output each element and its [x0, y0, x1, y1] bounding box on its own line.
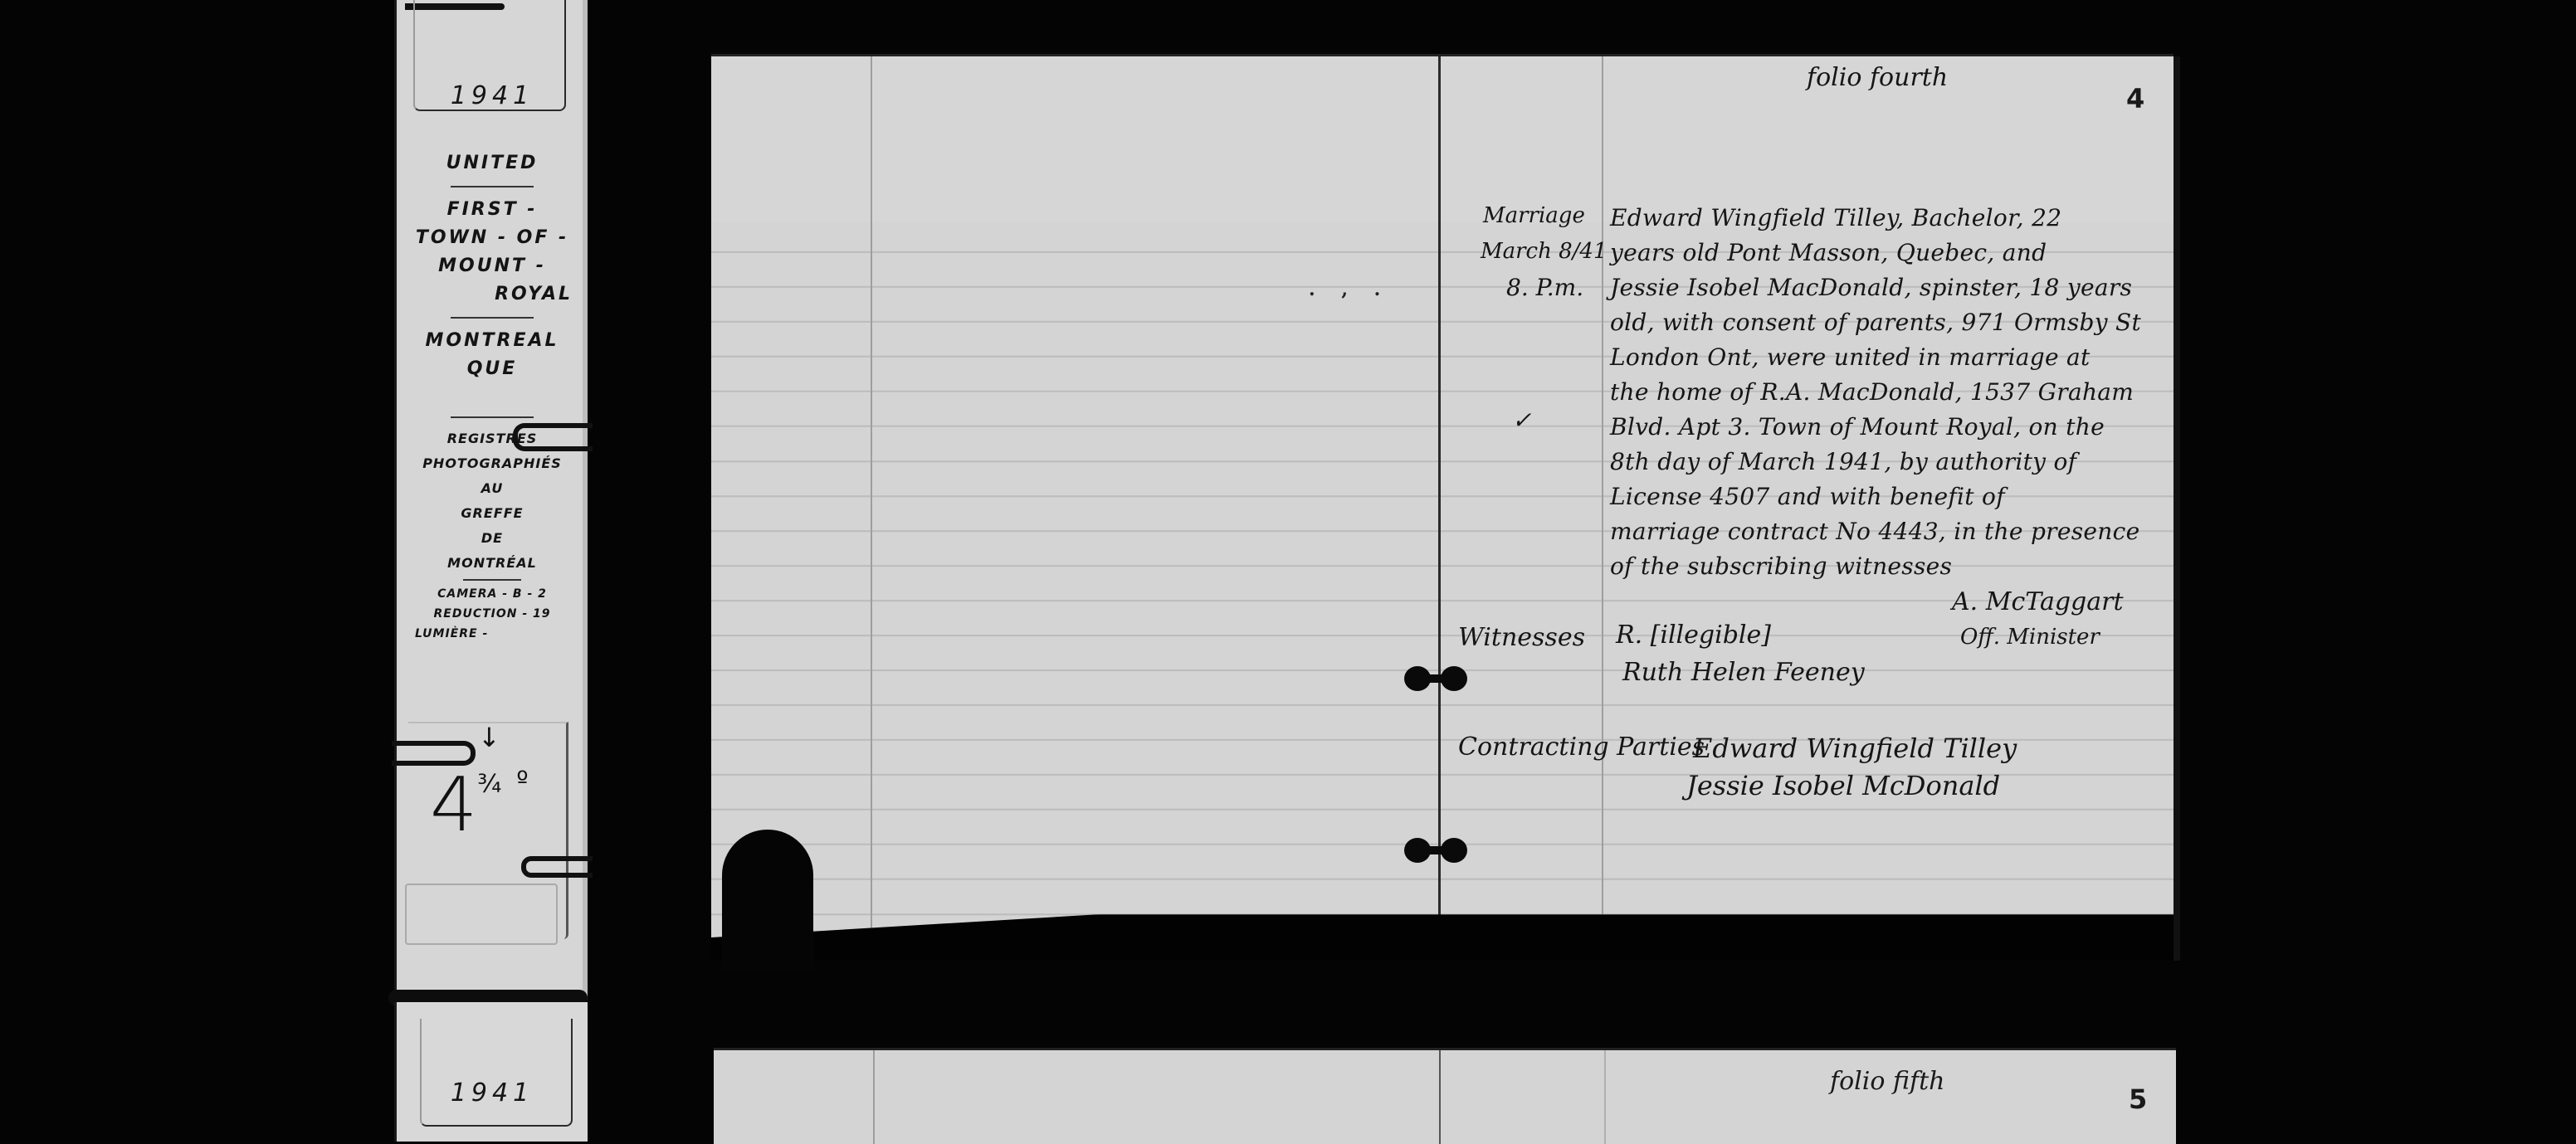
paper-clip — [521, 856, 593, 878]
entry-date: March 8/41 — [1481, 239, 1608, 264]
strip-label: TOWN - OF - — [397, 224, 588, 252]
check-mark-icon: ✓ — [1512, 406, 1531, 434]
year-card — [420, 1019, 573, 1127]
margin-rule-left — [873, 1050, 875, 1142]
witness-signature: R. [illegible] — [1616, 621, 1771, 650]
fraction-suffix: º — [516, 767, 528, 796]
entry-line: the home of R.A. MacDonald, 1537 Graham — [1610, 378, 2134, 406]
strip-year-top: 1941 — [397, 81, 588, 110]
strip-label-reduction: REDUCTION - 19 — [397, 604, 588, 624]
strip-year-bottom: 1941 — [397, 1078, 588, 1107]
witnesses-label: Witnesses — [1458, 623, 1585, 652]
divider — [451, 416, 534, 418]
entry-line: Jessie Isobel MacDonald, spinster, 18 ye… — [1610, 274, 2132, 301]
strip-label: FIRST - — [397, 196, 588, 224]
strip-label: AU — [397, 476, 588, 501]
strip-label: MONTRÉAL — [397, 551, 588, 576]
binding-ring — [1404, 838, 1471, 863]
stray-marks: . , . — [1309, 279, 1390, 300]
entry-line: marriage contract No 4443, in the presen… — [1610, 518, 2139, 545]
thumb-shadow — [722, 830, 813, 971]
page-number: 5 — [2129, 1083, 2147, 1115]
entry-line: License 4507 and with benefit of — [1610, 483, 2005, 510]
groom-signature: Edward Wingfield Tilley — [1693, 733, 2017, 764]
strip-label-light: LUMIÈRE - — [397, 624, 588, 644]
entry-line: years old Pont Masson, Quebec, and — [1610, 239, 2047, 266]
index-card-strip-next: 1941 — [394, 1002, 588, 1142]
margin-rule-right — [1604, 1050, 1606, 1142]
microfilm-frame: 1941 UNITED FIRST - TOWN - OF - MOUNT - … — [0, 0, 2576, 1142]
strip-labels: UNITED FIRST - TOWN - OF - MOUNT - ROYAL… — [397, 149, 588, 644]
strip-label-camera: CAMERA - B - 2 — [397, 584, 588, 604]
margin-rule-right — [1602, 56, 1603, 961]
paper-clip — [513, 423, 593, 451]
contracting-parties-label: Contracting Parties — [1458, 733, 1705, 762]
entry-time: 8. P.m. — [1506, 274, 1583, 301]
arrow-down-icon: ↓ — [478, 722, 500, 753]
strip-label-city: MONTREAL — [397, 327, 588, 355]
register-spread: . , . folio fourth 4 Marriage March 8/41… — [711, 54, 2173, 961]
entry-line: old, with consent of parents, 971 Ormsby… — [1610, 309, 2141, 336]
page-number: 4 — [2126, 83, 2144, 114]
binding-ring — [1404, 666, 1471, 691]
page-gutter — [1439, 1050, 1441, 1142]
entry-line: London Ont, were united in marriage at — [1610, 343, 2091, 371]
strip-label: ROYAL — [397, 280, 588, 309]
entry-line: Blvd. Apt 3. Town of Mount Royal, on the — [1610, 413, 2105, 441]
entry-line: Edward Wingfield Tilley, Bachelor, 22 — [1610, 204, 2061, 231]
strip-label: DE — [397, 526, 588, 551]
folio-label: folio fifth — [1830, 1067, 1944, 1096]
officiant-signature: A. McTaggart — [1952, 587, 2124, 616]
entry-type: Marriage — [1483, 203, 1585, 228]
index-card-strip: 1941 UNITED FIRST - TOWN - OF - MOUNT - … — [394, 0, 588, 1000]
strip-label-church: UNITED — [397, 149, 588, 178]
strip-label: MOUNT - — [397, 252, 588, 280]
divider — [451, 186, 534, 187]
page-edge — [2173, 56, 2180, 961]
strip-label: PHOTOGRAPHIÉS — [397, 451, 588, 476]
next-register-page: folio fifth 5 — [714, 1048, 2176, 1142]
fraction-whole: 4 — [430, 762, 477, 849]
reduction-fraction: 4¾º — [430, 762, 528, 849]
divider — [451, 317, 534, 319]
strip-label: GREFFE — [397, 501, 588, 526]
entry-line: of the subscribing witnesses — [1610, 553, 1952, 580]
divider — [463, 579, 521, 581]
entry-line: 8th day of March 1941, by authority of — [1610, 448, 2076, 475]
left-page: . , . — [711, 56, 1440, 961]
fraction-part: ¾ — [477, 770, 501, 799]
officiant-title: Off. Minister — [1960, 625, 2100, 650]
strip-label-province: QUE — [397, 355, 588, 383]
bride-signature: Jessie Isobel McDonald — [1686, 770, 2000, 801]
witness-signature: Ruth Helen Feeney — [1622, 658, 1865, 687]
blank-card — [405, 884, 558, 945]
folio-label: folio fourth — [1807, 63, 1948, 92]
